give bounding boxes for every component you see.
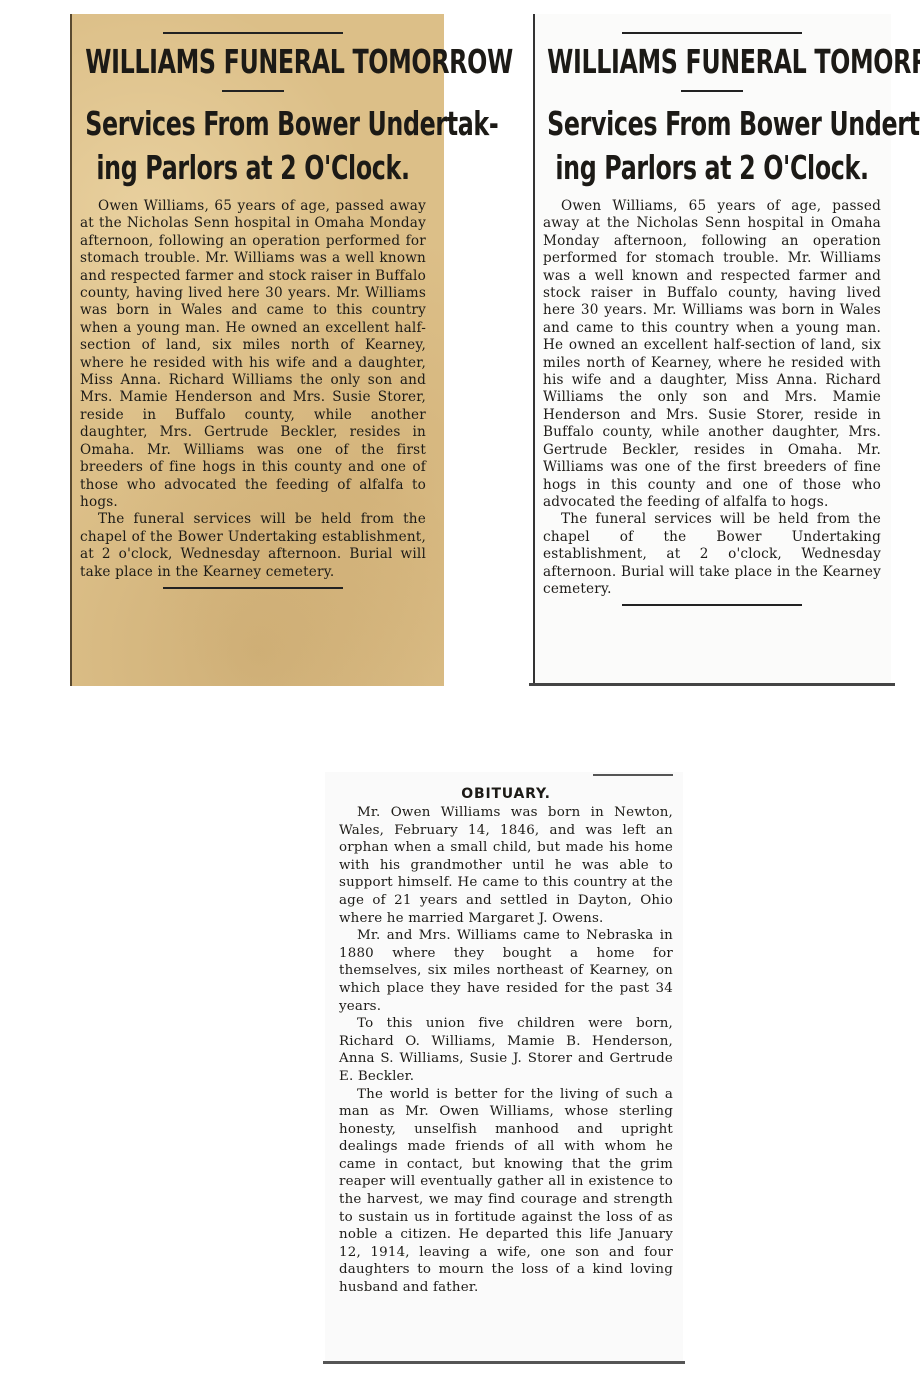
headline: WILLIAMS FUNERAL TOMORROW (547, 42, 877, 82)
subheadline: Services From Bower Undertak- ing Parlor… (547, 102, 877, 190)
subheadline: Services From Bower Undertak- ing Parlor… (85, 102, 421, 190)
headline-divider (681, 90, 743, 92)
obituary-paragraph: The world is better for the living of su… (339, 1086, 673, 1297)
obituary-title: OBITUARY. (339, 786, 673, 802)
headline: WILLIAMS FUNERAL TOMORROW (85, 42, 421, 82)
article-paragraph: The funeral services will be held from t… (543, 511, 881, 598)
top-rule (593, 774, 673, 776)
subheadline-line-1: Services From Bower Undertak- (547, 102, 877, 146)
article-paragraph: Owen Williams, 65 years of age, passed a… (80, 198, 426, 511)
obituary-body: Mr. Owen Williams was born in Newton, Wa… (339, 804, 673, 1297)
funeral-clipping-white: WILLIAMS FUNERAL TOMORROW Services From … (533, 14, 891, 686)
subheadline-line-1: Services From Bower Undertak- (85, 102, 421, 146)
funeral-clipping-yellowed: WILLIAMS FUNERAL TOMORROW Services From … (70, 14, 444, 686)
obituary-paragraph: Mr. and Mrs. Williams came to Nebraska i… (339, 927, 673, 1015)
top-rule (163, 32, 343, 34)
article-body: Owen Williams, 65 years of age, passed a… (80, 198, 426, 581)
top-rule (622, 32, 802, 34)
bottom-rule (622, 604, 802, 606)
obituary-paragraph: Mr. Owen Williams was born in Newton, Wa… (339, 804, 673, 927)
article-paragraph: Owen Williams, 65 years of age, passed a… (543, 198, 881, 511)
bottom-rule (163, 587, 343, 589)
article-body: Owen Williams, 65 years of age, passed a… (543, 198, 881, 598)
obituary-paragraph: To this union five children were born, R… (339, 1015, 673, 1085)
headline-divider (222, 90, 284, 92)
subheadline-line-2: ing Parlors at 2 O'Clock. (85, 146, 421, 190)
article-paragraph: The funeral services will be held from t… (80, 511, 426, 581)
obituary-clipping: OBITUARY. Mr. Owen Williams was born in … (325, 772, 683, 1364)
subheadline-line-2: ing Parlors at 2 O'Clock. (547, 146, 877, 190)
